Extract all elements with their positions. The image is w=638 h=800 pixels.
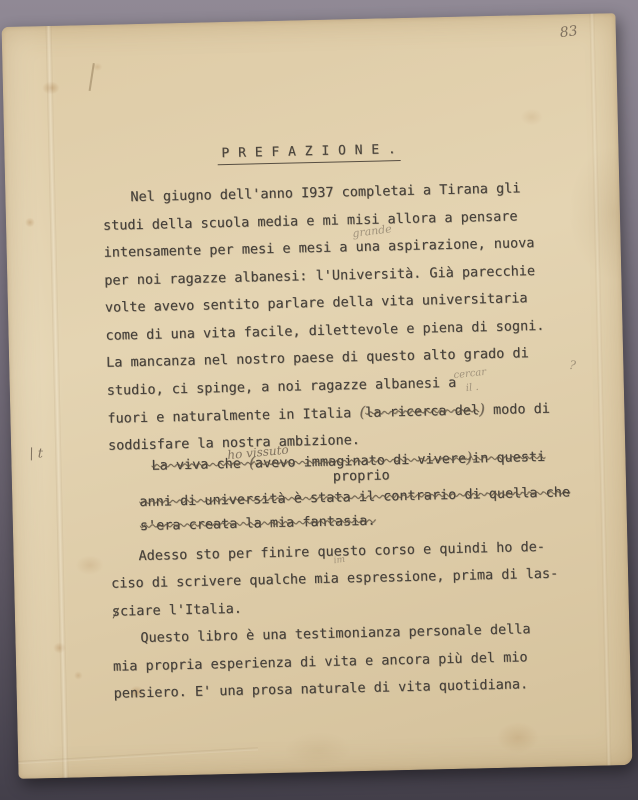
annotation-ho-vissuto: ho vissuto	[227, 443, 290, 463]
document-photo: { "document": { "page_number": "83", "ti…	[0, 0, 638, 800]
annotation-margin-mark: | t	[29, 446, 43, 461]
page-number-annotation: 83	[559, 23, 579, 41]
annotation-grande: grande	[352, 222, 393, 240]
annotation-cercar: cercar	[453, 367, 487, 382]
annotation-il: il .	[465, 382, 479, 394]
paper-sheet: P R E F A Z I O N E . Nel giugno dell'an…	[2, 13, 633, 779]
annotation-question-mark: ?	[569, 358, 577, 373]
annotation-im: im	[333, 555, 346, 567]
handwritten-annotations: 83grandecercaril .ho vissutoim| t?	[2, 13, 633, 779]
